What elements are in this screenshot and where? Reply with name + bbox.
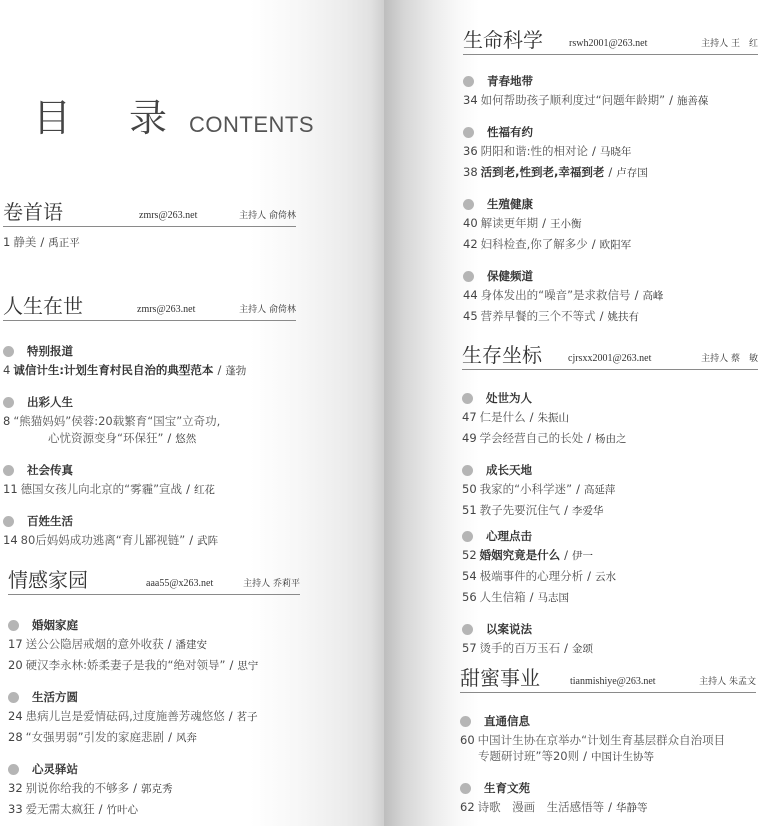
category-shehuichuanzhen: 社会传真 — [3, 462, 296, 478]
toc-entry[interactable]: 34如何帮助孩子顺利度过“问题年龄期”/施善葆 — [463, 92, 758, 110]
toc-entry[interactable]: 42妇科检查,你了解多少/欧阳军 — [463, 236, 758, 254]
category-label: 生殖健康 — [487, 196, 533, 212]
page-number: 34 — [463, 93, 478, 107]
page-number: 50 — [462, 482, 477, 496]
section-shengmingkexue: 生命科学 rswh2001@263.net 主持人 王 红 青春地带 34如何帮… — [463, 22, 758, 326]
entry-author: 武阵 — [197, 535, 218, 547]
entry-title: 静美 — [13, 235, 36, 249]
separator: / — [167, 431, 171, 445]
entry-author: 马晓年 — [600, 146, 632, 158]
entry-title: 患病儿岂是爱情砝码,过度施善芳魂悠悠 — [26, 709, 225, 723]
bullet-dot-icon — [463, 76, 474, 87]
separator: / — [635, 288, 639, 302]
toc-entry[interactable]: 60中国计生协在京举办“计划生育基层群众自治项目 专题研讨班”等20则/中国计生… — [460, 732, 756, 766]
page-number: 45 — [463, 309, 478, 323]
page-number: 36 — [463, 144, 478, 158]
page-number: 24 — [8, 709, 23, 723]
page-number: 17 — [8, 637, 23, 651]
toc-entry[interactable]: 51教子先要沉住气/李爱华 — [462, 502, 758, 520]
entry-title: 80后妈妈成功逃离“育儿鄙视链” — [21, 533, 186, 547]
toc-entry[interactable]: 36阴阳和谐:性的相对论/马晓年 — [463, 143, 758, 161]
entry-title: 烫手的百万玉石 — [480, 641, 561, 655]
separator: / — [600, 309, 604, 323]
category-label: 保健频道 — [487, 268, 533, 284]
section-title: 情感家园 — [8, 568, 88, 592]
category-label: 成长天地 — [486, 462, 532, 478]
category-label: 处世为人 — [486, 390, 532, 406]
entry-author: 禹正平 — [48, 237, 80, 249]
toc-entry[interactable]: 56人生信箱/马志国 — [462, 589, 758, 607]
category-shengzhijiankang: 生殖健康 — [463, 196, 758, 212]
entry-title: 极端事件的心理分析 — [480, 569, 584, 583]
entry-author: 郭克秀 — [141, 783, 173, 795]
bullet-dot-icon — [8, 764, 19, 775]
separator: / — [186, 482, 190, 496]
entry-author: 红花 — [194, 484, 215, 496]
page-number: 8 — [3, 414, 10, 428]
separator: / — [530, 590, 534, 604]
category-chushiweiren: 处世为人 — [462, 390, 758, 406]
section-header: 生存坐标 cjrsxx2001@263.net 主持人 蔡 敏 — [462, 337, 758, 370]
entry-author: 杨由之 — [595, 433, 627, 445]
category-xinlingyizhan: 心灵驿站 — [8, 761, 300, 777]
entry-author: 伊一 — [572, 550, 593, 562]
page-number: 42 — [463, 237, 478, 251]
entry-title: “女强男弱”引发的家庭悲剧 — [26, 730, 164, 744]
category-label: 性福有约 — [487, 124, 533, 140]
entry-title: 别说你给我的不够多 — [26, 781, 130, 795]
page-number: 28 — [8, 730, 23, 744]
section-host: 主持人 俞倚林 — [239, 302, 296, 315]
page-number: 32 — [8, 781, 23, 795]
toc-entry[interactable]: 57烫手的百万玉石/金颂 — [462, 640, 758, 658]
page-number: 1 — [3, 235, 10, 249]
entry-title: 阴阳和谐:性的相对论 — [481, 144, 588, 158]
bullet-dot-icon — [3, 397, 14, 408]
entry-author: 蓬勃 — [225, 365, 246, 377]
entry-title: 诗歌 漫画 生活感悟等 — [478, 800, 605, 814]
entry-author: 华静等 — [616, 802, 648, 814]
entry-author: 马志国 — [538, 592, 570, 604]
entry-author: 施善葆 — [677, 95, 709, 107]
entry-title: 诚信计生:计划生育村民自治的典型范本 — [13, 363, 213, 377]
section-title: 生存坐标 — [462, 343, 542, 367]
heading-contents-en: CONTENTS — [189, 112, 314, 138]
entry-author: 朱振山 — [538, 412, 570, 424]
bullet-dot-icon — [463, 127, 474, 138]
toc-entry[interactable]: 1480后妈妈成功逃离“育儿鄙视链”/武阵 — [3, 532, 296, 550]
page-number: 33 — [8, 802, 23, 816]
toc-entry[interactable]: 44身体发出的“噪音”是求救信号/高峰 — [463, 287, 758, 305]
separator: / — [583, 749, 587, 763]
section-title: 甜蜜事业 — [460, 666, 540, 690]
entry-author: 中国计生协等 — [591, 751, 654, 763]
separator: / — [168, 730, 172, 744]
toc-entry[interactable]: 49学会经营自己的长处/杨由之 — [462, 430, 758, 448]
category-label: 以案说法 — [486, 621, 532, 637]
toc-entry[interactable]: 54极端事件的心理分析/云水 — [462, 568, 758, 586]
separator: / — [168, 637, 172, 651]
entry-author: 茗子 — [237, 711, 258, 723]
category-label: 婚姻家庭 — [32, 617, 78, 633]
section-title: 卷首语 — [3, 200, 63, 224]
entry-title: “熊猫妈妈”侯蓉:20载繁育“国宝”立奇功, — [13, 414, 220, 428]
toc-entry[interactable]: 62诗歌 漫画 生活感悟等/华静等 — [460, 799, 756, 817]
entry-title-continued: 专题研讨班”等20则 — [478, 749, 579, 763]
section-tianmishiye: 甜蜜事业 tianmishiye@263.net 主持人 朱孟文 直通信息 60… — [460, 660, 756, 817]
page-number: 4 — [3, 363, 10, 377]
page-number: 51 — [462, 503, 477, 517]
category-label: 直通信息 — [484, 713, 530, 729]
separator: / — [669, 93, 673, 107]
separator: / — [608, 165, 612, 179]
page-number: 14 — [3, 533, 18, 547]
section-email[interactable]: tianmishiye@263.net — [570, 676, 656, 687]
separator: / — [576, 482, 580, 496]
section-title: 人生在世 — [3, 294, 83, 318]
category-xinlidianji: 心理点击 — [462, 528, 758, 544]
page-number: 20 — [8, 658, 23, 672]
page-number: 56 — [462, 590, 477, 604]
section-header: 生命科学 rswh2001@263.net 主持人 王 红 — [463, 22, 758, 55]
category-label: 特别报道 — [27, 343, 73, 359]
page-number: 40 — [463, 216, 478, 230]
section-header: 卷首语 zmrs@263.net 主持人 俞倚林 — [3, 194, 296, 227]
toc-entry[interactable]: 52婚姻究竟是什么/伊一 — [462, 547, 758, 565]
category-baixingshenghuo: 百姓生活 — [3, 513, 296, 529]
heading-char-lu: 录 — [129, 87, 167, 142]
separator: / — [564, 641, 568, 655]
category-chengzhangtiandi: 成长天地 — [462, 462, 758, 478]
toc-entry[interactable]: 47仁是什么/朱振山 — [462, 409, 758, 427]
section-host: 主持人 朱孟文 — [699, 674, 756, 687]
page-number: 38 — [463, 165, 478, 179]
section-header: 人生在世 zmrs@263.net 主持人 俞倚林 — [3, 288, 296, 321]
category-tebiebaodao: 特别报道 — [3, 343, 296, 359]
category-shengyuwenyuan: 生育文苑 — [460, 780, 756, 796]
category-label: 生育文苑 — [484, 780, 530, 796]
toc-entry[interactable]: 50我家的“小科学迷”/高延萍 — [462, 481, 758, 499]
entry-author: 姚扶有 — [608, 311, 640, 323]
bullet-dot-icon — [460, 783, 471, 794]
bullet-dot-icon — [3, 465, 14, 476]
bullet-dot-icon — [8, 692, 19, 703]
page-number: 52 — [462, 548, 477, 562]
entry-title: 硬汉李永林:娇柔妻子是我的“绝对领导” — [26, 658, 226, 672]
section-header: 甜蜜事业 tianmishiye@263.net 主持人 朱孟文 — [460, 660, 756, 693]
separator: / — [133, 781, 137, 795]
category-xingfuyouyue: 性福有约 — [463, 124, 758, 140]
category-label: 出彩人生 — [27, 394, 73, 410]
separator: / — [40, 235, 44, 249]
entry-author: 风奔 — [176, 732, 197, 744]
bullet-dot-icon — [462, 624, 473, 635]
toc-entry[interactable]: 8“熊猫妈妈”侯蓉:20载繁育“国宝”立奇功, 心忧资源变身“环保狂”/悠然 — [3, 413, 296, 448]
entry-title: 妇科检查,你了解多少 — [481, 237, 588, 251]
separator: / — [592, 144, 596, 158]
bullet-dot-icon — [3, 516, 14, 527]
separator: / — [592, 237, 596, 251]
separator: / — [229, 709, 233, 723]
separator: / — [587, 569, 591, 583]
category-label: 百姓生活 — [27, 513, 73, 529]
section-email[interactable]: aaa55@x263.net — [146, 578, 213, 589]
section-qingganjiayuan: 情感家园 aaa55@x263.net 主持人 乔莉平 婚姻家庭 17送公公隐居… — [8, 562, 300, 819]
category-label: 青春地带 — [487, 73, 533, 89]
entry-title: 德国女孩儿向北京的“雾霾”宣战 — [21, 482, 182, 496]
entry-author: 李爱华 — [572, 505, 604, 517]
page-number: 62 — [460, 800, 475, 814]
contents-heading: 目 录 CONTENTS — [33, 96, 314, 142]
separator: / — [189, 533, 193, 547]
entry-title: 如何帮助孩子顺利度过“问题年龄期” — [481, 93, 665, 107]
bullet-dot-icon — [463, 199, 474, 210]
separator: / — [542, 216, 546, 230]
heading-char-mu: 目 — [33, 87, 71, 142]
section-juanshouyu: 卷首语 zmrs@263.net 主持人 俞倚林 1静美/禹正平 — [3, 194, 296, 252]
page-number: 60 — [460, 733, 475, 747]
entry-title: 仁是什么 — [480, 410, 526, 424]
toc-entry[interactable]: 38活到老,性到老,幸福到老/卢存国 — [463, 164, 758, 182]
page-number: 54 — [462, 569, 477, 583]
section-email[interactable]: cjrsxx2001@263.net — [568, 353, 651, 364]
category-chucairensheng: 出彩人生 — [3, 394, 296, 410]
section-shengcunzuobiao: 生存坐标 cjrsxx2001@263.net 主持人 蔡 敏 处世为人 47仁… — [462, 337, 758, 658]
bullet-dot-icon — [462, 393, 473, 404]
entry-title: 教子先要沉住气 — [480, 503, 561, 517]
category-label: 心理点击 — [486, 528, 532, 544]
category-baojianpindao: 保健频道 — [463, 268, 758, 284]
section-host: 主持人 蔡 敏 — [701, 351, 758, 364]
entry-title: 解读更年期 — [481, 216, 539, 230]
section-host: 主持人 俞倚林 — [239, 208, 296, 221]
category-hunyinjiating: 婚姻家庭 — [8, 617, 300, 633]
page-number: 47 — [462, 410, 477, 424]
page-number: 57 — [462, 641, 477, 655]
bullet-dot-icon — [462, 531, 473, 542]
section-renshengzaishi: 人生在世 zmrs@263.net 主持人 俞倚林 特别报道 4诚信计生:计划生… — [3, 288, 296, 550]
entry-title: 活到老,性到老,幸福到老 — [481, 165, 605, 179]
category-yianshuofa: 以案说法 — [462, 621, 758, 637]
separator: / — [229, 658, 233, 672]
category-shenghuofangyuan: 生活方圆 — [8, 689, 300, 705]
toc-entry[interactable]: 45营养早餐的三个不等式/姚扶有 — [463, 308, 758, 326]
entry-title-continued: 心忧资源变身“环保狂” — [48, 431, 163, 445]
entry-author: 高峰 — [642, 290, 663, 302]
bullet-dot-icon — [462, 465, 473, 476]
category-qingchundidai: 青春地带 — [463, 73, 758, 89]
bullet-dot-icon — [460, 716, 471, 727]
separator: / — [99, 802, 103, 816]
bullet-dot-icon — [8, 620, 19, 631]
entry-author: 竹叶心 — [107, 804, 139, 816]
toc-entry[interactable]: 11德国女孩儿向北京的“雾霾”宣战/红花 — [3, 481, 296, 499]
entry-title: 婚姻究竟是什么 — [480, 548, 561, 562]
entry-title: 学会经营自己的长处 — [480, 431, 584, 445]
section-header: 情感家园 aaa55@x263.net 主持人 乔莉平 — [8, 562, 300, 595]
section-email[interactable]: zmrs@263.net — [139, 210, 197, 221]
entry-title: 人生信箱 — [480, 590, 526, 604]
category-label: 心灵驿站 — [32, 761, 78, 777]
toc-entry[interactable]: 24患病儿岂是爱情砝码,过度施善芳魂悠悠/茗子 — [8, 708, 300, 726]
entry-author: 王小衡 — [550, 218, 582, 230]
toc-entry[interactable]: 33爱无需太疯狂/竹叶心 — [8, 801, 300, 819]
separator: / — [608, 800, 612, 814]
bullet-dot-icon — [3, 346, 14, 357]
separator: / — [587, 431, 591, 445]
separator: / — [217, 363, 221, 377]
toc-entry[interactable]: 32别说你给我的不够多/郭克秀 — [8, 780, 300, 798]
toc-entry[interactable]: 1静美/禹正平 — [3, 234, 296, 252]
section-email[interactable]: zmrs@263.net — [137, 304, 195, 315]
entry-author: 欧阳军 — [600, 239, 632, 251]
section-title: 生命科学 — [463, 28, 543, 52]
toc-entry[interactable]: 40解读更年期/王小衡 — [463, 215, 758, 233]
toc-entry[interactable]: 20硬汉李永林:娇柔妻子是我的“绝对领导”/思宁 — [8, 657, 300, 675]
page-number: 11 — [3, 482, 18, 496]
separator: / — [530, 410, 534, 424]
entry-author: 卢存国 — [616, 167, 648, 179]
entry-author: 金颂 — [572, 643, 593, 655]
entry-author: 潘建安 — [176, 639, 208, 651]
entry-author: 思宁 — [237, 660, 258, 672]
section-email[interactable]: rswh2001@263.net — [569, 38, 647, 49]
entry-title: 爱无需太疯狂 — [26, 802, 95, 816]
entry-title: 我家的“小科学迷” — [480, 482, 572, 496]
entry-title: 送公公隐居戒烟的意外收获 — [26, 637, 164, 651]
entry-author: 云水 — [595, 571, 616, 583]
section-host: 主持人 乔莉平 — [243, 576, 300, 589]
category-label: 生活方圆 — [32, 689, 78, 705]
page-number: 49 — [462, 431, 477, 445]
entry-title: 中国计生协在京举办“计划生育基层群众自治项目 — [478, 733, 725, 747]
entry-author: 高延萍 — [584, 484, 616, 496]
category-label: 社会传真 — [27, 462, 73, 478]
separator: / — [564, 548, 568, 562]
entry-author: 悠然 — [175, 433, 196, 445]
toc-entry[interactable]: 28“女强男弱”引发的家庭悲剧/风奔 — [8, 729, 300, 747]
bullet-dot-icon — [463, 271, 474, 282]
entry-title: 营养早餐的三个不等式 — [481, 309, 596, 323]
toc-entry[interactable]: 4诚信计生:计划生育村民自治的典型范本/蓬勃 — [3, 362, 296, 380]
section-host: 主持人 王 红 — [701, 36, 758, 49]
entry-title: 身体发出的“噪音”是求救信号 — [481, 288, 631, 302]
toc-entry[interactable]: 17送公公隐居戒烟的意外收获/潘建安 — [8, 636, 300, 654]
separator: / — [564, 503, 568, 517]
category-zhitongxinxi: 直通信息 — [460, 713, 756, 729]
page-number: 44 — [463, 288, 478, 302]
